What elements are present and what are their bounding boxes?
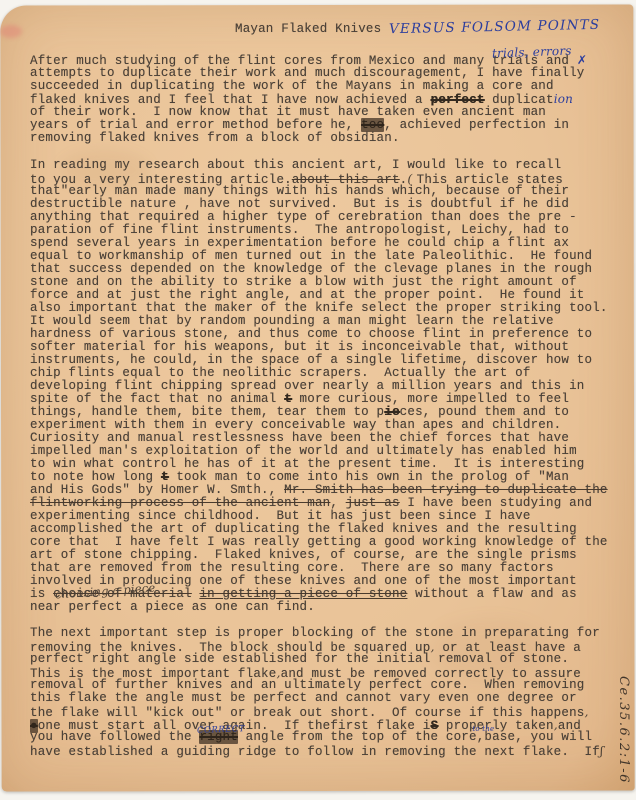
typed-text: angle from the top of the core,: [238, 730, 484, 744]
typed-text: took man to come into his own in the pro…: [169, 470, 569, 484]
typed-line: to win what control he has of it at the …: [30, 458, 630, 471]
typed-text: the flake will "kick out" or break out s…: [30, 706, 585, 720]
typed-line: force and at just the right angle, and a…: [30, 289, 630, 302]
typed-text: removal of further knives and an ultimat…: [30, 678, 585, 692]
paragraph: After much studying of the flint cores f…: [30, 54, 630, 145]
typed-line: accomplished the art of duplicating the …: [30, 523, 630, 536]
typed-text: years of trial and error method before h…: [30, 118, 361, 132]
struck-text: flintworking process of the ancient man: [30, 496, 330, 510]
typed-text: to note how long: [30, 470, 161, 484]
typed-text: destructible nature , have not survived.…: [30, 197, 569, 211]
typed-line: It would seem that by random pounding a …: [30, 315, 630, 328]
page-title: Mayan Flaked KnivesVERSUS FOLSOM POINTS: [235, 20, 601, 36]
typed-line: anything that required a higher type of …: [30, 211, 630, 224]
typed-text: instruments, he could, in the space of a…: [30, 353, 592, 367]
typed-line: instruments, he could, in the space of a…: [30, 354, 630, 367]
typed-text: attempts to duplicate their work and muc…: [30, 66, 585, 80]
title-typed: Mayan Flaked Knives: [235, 22, 381, 36]
typed-text: force and at just the right angle, and a…: [30, 288, 585, 302]
typed-text: , achieved perfection in: [384, 118, 569, 132]
typed-text: paration of fine flint instruments. The …: [30, 223, 569, 237]
typed-line: experimenting since childhood. But it ha…: [30, 510, 630, 523]
typed-line: experiment with them in every conceivabl…: [30, 419, 630, 432]
typed-text: involved in producing one of these knive…: [30, 574, 577, 588]
handwritten-dark-text: ,: [585, 704, 589, 719]
typed-text: of their work. I now know that it must h…: [30, 105, 546, 119]
typed-line: spite of the fact that no animal t more …: [30, 393, 630, 406]
typed-line: equal to workmanship of men turned out i…: [30, 250, 630, 263]
typed-text: experiment with them in every conceivabl…: [30, 418, 561, 432]
typed-text: that"early man made many things with his…: [30, 184, 569, 198]
typed-text: Curiosity and manual restlessness have b…: [30, 431, 569, 445]
typed-line: this flake the angle must be perfect and…: [30, 692, 630, 705]
document-photo: { "colors": { "paper": "#e9c398", "ink":…: [0, 0, 636, 800]
typed-line: stone and on the ability to strike a blo…: [30, 276, 630, 289]
typed-line: developing flint chipping spread over ne…: [30, 380, 630, 393]
handwritten-dark-text: ʃ: [600, 743, 604, 758]
typed-text: and His Gods" by Homer W. Smth.,: [30, 483, 284, 497]
overtyped-text: ie: [384, 405, 399, 419]
handwritten-blue-text: ion: [554, 92, 573, 106]
typed-line: that success depended on the knowledge o…: [30, 263, 630, 276]
typed-line: spend several years in experimentation b…: [30, 237, 630, 250]
typed-line: art of stone chipping. Flaked knives, of…: [30, 549, 630, 562]
typed-text: spite of the fact that no animal: [30, 392, 284, 406]
struck-underlined-text: in getting a piece of stone: [199, 587, 407, 601]
typed-line: is choice of materialchoosing a piece in…: [30, 588, 630, 601]
typed-text: perfect right angle side established for…: [30, 652, 569, 666]
typed-line: that are removed from the resulting core…: [30, 562, 630, 575]
typed-line: to you a very interesting article.about …: [30, 172, 630, 185]
paragraph: In reading my research about this ancien…: [30, 159, 630, 614]
typed-text: things, handle them, bite them, tear the…: [30, 405, 384, 419]
struck-text: Mr. Smith has been trying to duplicate t…: [284, 483, 607, 497]
typed-line: The next important step is proper blocki…: [30, 627, 630, 640]
typed-line: you have followed the rightCORRECT angle…: [30, 731, 630, 744]
typed-text: spend several years in experimentation b…: [30, 236, 569, 250]
typed-line: have established a guiding ridge to foll…: [30, 744, 630, 757]
typed-text: experimenting since childhood. But it ha…: [30, 509, 531, 523]
typed-line: near perfect a piece as one can find.: [30, 601, 630, 614]
typed-line: softer material for his weapons, but it …: [30, 341, 630, 354]
overtyped-text: t: [161, 470, 169, 484]
typed-text: core that I have felt I was really getti…: [30, 535, 608, 549]
typed-line: Curiosity and manual restlessness have b…: [30, 432, 630, 445]
pink-mark: [0, 25, 22, 38]
typed-text: removing flaked knives from a block of o…: [30, 131, 400, 145]
archival-number-note: Ce.35.6.2:1-6: [616, 676, 631, 784]
typed-line: also important that the maker of the kni…: [30, 302, 630, 315]
typed-line: paration of fine flint instruments. The …: [30, 224, 630, 237]
typed-line: that"early man made many things with his…: [30, 185, 630, 198]
typed-line: chip flints equal to the neolithic scrap…: [30, 367, 630, 380]
typed-line: destructible nature , have not survived.…: [30, 198, 630, 211]
typed-text: anything that required a higher type of …: [30, 210, 577, 224]
typed-text: more curious, more impelled to feel: [292, 392, 569, 406]
title-handwritten-annotation: VERSUS FOLSOM POINTS: [389, 17, 601, 37]
typed-text: It would seem that by random pounding a …: [30, 314, 554, 328]
typed-text: ces, pound them and to: [400, 405, 569, 419]
typed-line: the flake will "kick out" or break out s…: [30, 705, 630, 718]
typed-text: without a flaw and as: [407, 587, 576, 601]
typed-text: stone and on the ability to strike a blo…: [30, 275, 577, 289]
typed-line: removing flaked knives from a block of o…: [30, 132, 630, 145]
typed-text: baseto the: [484, 730, 515, 744]
typed-text: to win what control he has of it at the …: [30, 457, 585, 471]
typed-text: have established a guiding ridge to foll…: [30, 745, 600, 759]
typed-text: art of stone chipping. Flaked knives, of…: [30, 548, 577, 562]
typed-text: ,: [330, 496, 345, 510]
typed-line: succeeded in duplicating the work of the…: [30, 80, 630, 93]
typed-text: , you will: [515, 730, 592, 744]
typed-text: that success depended on the knowledge o…: [30, 262, 592, 276]
text-body: After much studying of the flint cores f…: [30, 54, 630, 757]
typed-line: perfect right angle side established for…: [30, 653, 630, 666]
typed-text: you have followed the: [30, 730, 199, 744]
typed-line: hardness of various stone, and thus come…: [30, 328, 630, 341]
typed-line: things, handle them, bite them, tear the…: [30, 406, 630, 419]
typed-text: hardness of various stone, and thus come…: [30, 327, 592, 341]
typed-text: In reading my research about this ancien…: [30, 158, 561, 172]
typed-text: near perfect a piece as one can find.: [30, 600, 315, 614]
handwritten-blue-text: ✗: [577, 53, 587, 67]
typed-text: equal to workmanship of men turned out i…: [30, 249, 592, 263]
typed-line: core that I have felt I was really getti…: [30, 536, 630, 549]
typed-text: impelled man's exploitation of the world…: [30, 444, 577, 458]
paragraph: The next important step is proper blocki…: [30, 627, 630, 757]
typed-text: also important that the maker of the kni…: [30, 301, 608, 315]
typed-text: that are removed from the resulting core…: [30, 561, 554, 575]
typed-text: softer material for his weapons, but it …: [30, 340, 569, 354]
blacked-out-text: too: [361, 118, 384, 132]
struck-text: choice of materialchoosing a piece: [53, 587, 192, 601]
typed-text: succeeded in duplicating the work of the…: [30, 79, 554, 93]
typed-text: is: [30, 587, 53, 601]
typed-text: accomplished the art of duplicating the …: [30, 522, 577, 536]
struck-text: just as: [346, 496, 400, 510]
blacked-out-text: rightCORRECT: [199, 730, 238, 744]
typed-line: to note how long t took man to come into…: [30, 471, 630, 484]
overtyped-text: t: [284, 392, 292, 406]
typed-line: In reading my research about this ancien…: [30, 159, 630, 172]
typed-text: developing flint chipping spread over ne…: [30, 379, 585, 393]
typed-line: involved in producing one of these knive…: [30, 575, 630, 588]
typed-text: chip flints equal to the neolithic scrap…: [30, 366, 531, 380]
typed-text: I have been studying and: [400, 496, 593, 510]
typed-text: The next important step is proper blocki…: [30, 626, 600, 640]
typed-line: impelled man's exploitation of the world…: [30, 445, 630, 458]
typed-line: and His Gods" by Homer W. Smth., Mr. Smi…: [30, 484, 630, 497]
typed-text: this flake the angle must be perfect and…: [30, 691, 577, 705]
typed-line: flintworking process of the ancient man,…: [30, 497, 630, 510]
